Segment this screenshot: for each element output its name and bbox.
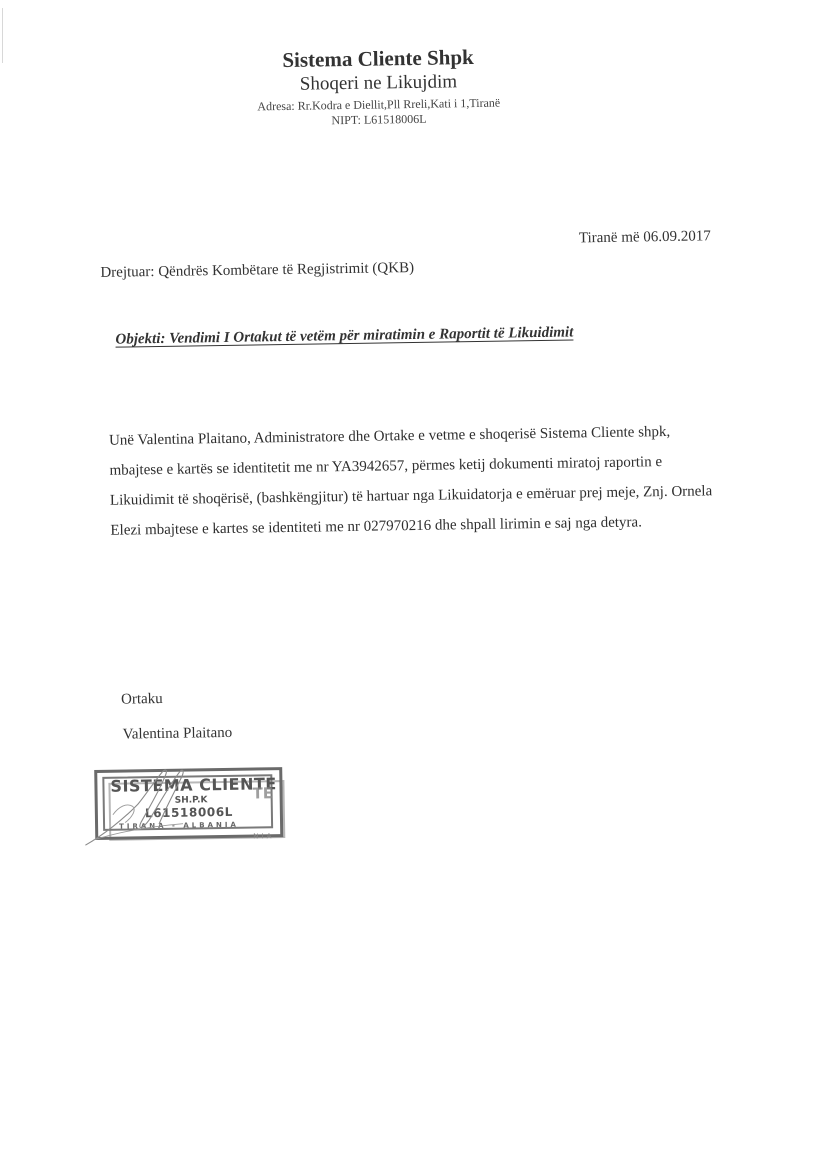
addressee: Drejtuar: Qëndrës Kombëtare të Regjistri… bbox=[100, 260, 414, 282]
place-date: Tiranë më 06.09.2017 bbox=[579, 228, 711, 247]
body-line: Elezi mbajtese e kartes se identiteti me… bbox=[110, 514, 642, 539]
company-seal-stamp-icon: SISTEMA CLIENTE TE SH.P.K L61518006L TIR… bbox=[82, 762, 293, 850]
signatory-name: Valentina Plaitano bbox=[123, 725, 233, 744]
body-line: Unë Valentina Plaitano, Administratore d… bbox=[109, 424, 670, 450]
body-line: Likuidimit të shoqërisë, (bashkëngjitur)… bbox=[110, 483, 712, 509]
letter-body: Unë Valentina Plaitano, Administratore d… bbox=[0, 0, 818, 7]
handwritten-signature-icon bbox=[82, 762, 293, 850]
subject-line: Objekti: Vendimi I Ortakut të vetëm për … bbox=[115, 324, 573, 348]
letter-page: Sistema Cliente Shpk Shoqeri ne Likujdim… bbox=[0, 0, 826, 1169]
body-line: mbajtese e kartës se identitetit me nr Y… bbox=[109, 454, 662, 480]
signatory-role: Ortaku bbox=[121, 691, 163, 709]
